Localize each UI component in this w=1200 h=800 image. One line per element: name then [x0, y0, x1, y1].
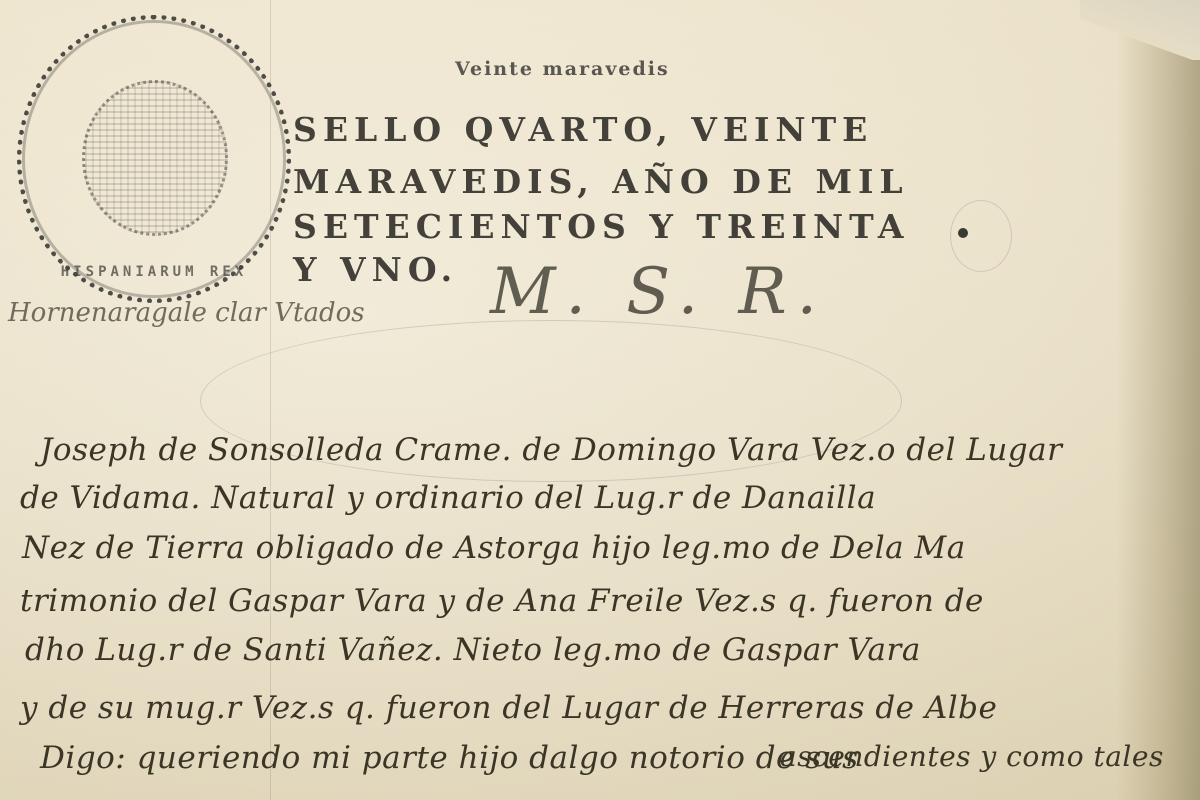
handwritten-line-3: Nez de Tierra obligado de Astorga hijo l… — [22, 530, 966, 566]
stamp-line-2: MARAVEDIS, AÑO DE MIL — [293, 162, 909, 201]
stamp-header: Veinte maravedis — [455, 58, 670, 80]
stamp-line-3: SETECIENTOS Y TREINTA — [293, 207, 909, 246]
torn-corner — [1080, 0, 1200, 60]
margin-note: Hornenaragale clar Vtados — [8, 298, 365, 328]
royal-seal-stamp: HISPANIARUM REX — [17, 15, 291, 303]
signature-initials: M. S. R. — [490, 255, 827, 329]
seal-legend: HISPANIARUM REX — [22, 264, 286, 280]
handwritten-line-6: y de su mug.r Vez.s q. fueron del Lugar … — [20, 690, 997, 726]
handwritten-line-1: Joseph de Sonsolleda Crame. de Domingo V… — [40, 432, 1062, 468]
handwritten-line-7: Digo: queriendo mi parte hijo dalgo noto… — [40, 740, 859, 776]
handwritten-line-8: ascendientes y como tales — [780, 740, 1164, 773]
pencil-mark — [950, 200, 1012, 272]
stamp-line-1: SELLO QVARTO, VEINTE — [293, 110, 873, 149]
handwritten-line-2: de Vidama. Natural y ordinario del Lug.r… — [20, 480, 876, 516]
stamp-line-4: Y VNO. — [293, 250, 458, 289]
handwritten-line-4: trimonio del Gaspar Vara y de Ana Freile… — [20, 583, 984, 619]
handwritten-line-5: dho Lug.r de Santi Vañez. Nieto leg.mo d… — [25, 632, 921, 668]
coat-of-arms-icon — [82, 80, 228, 236]
